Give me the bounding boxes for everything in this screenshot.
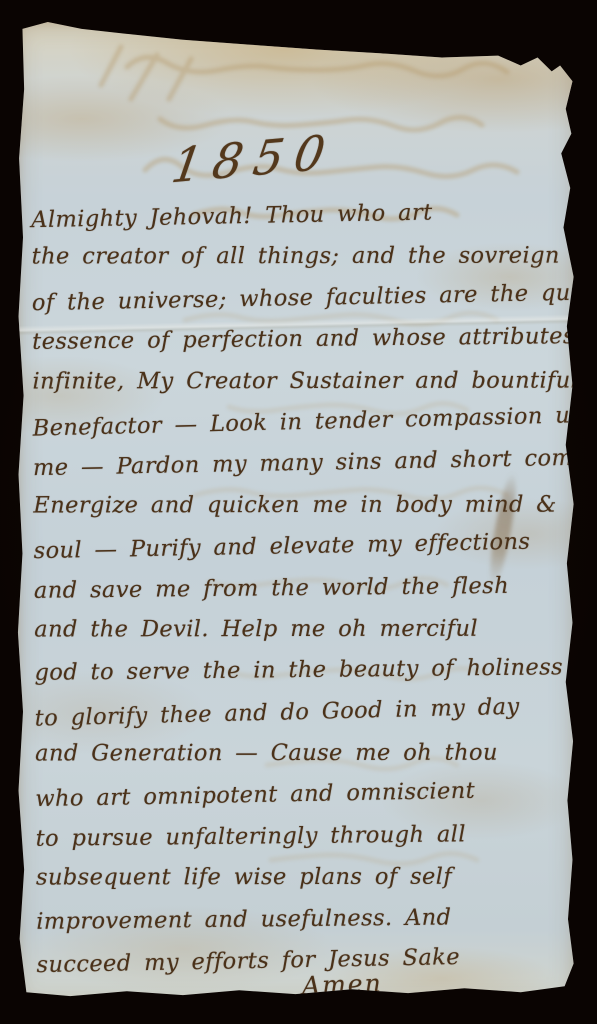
manuscript-line: and save me from the world the flesh <box>34 572 572 619</box>
manuscript-line: subsequent life wise plans of self <box>36 864 574 906</box>
photo-background: 1850 Almighty Jehovah! Thou who artthe c… <box>0 0 597 1024</box>
manuscript-line: tessence of perfection and whose attribu… <box>32 323 570 370</box>
manuscript-line: infinite, My Creator Sustainer and bount… <box>33 367 571 409</box>
prayer-text: Almighty Jehovah! Thou who artthe creato… <box>31 200 574 990</box>
manuscript-line: me — Pardon my many sins and short comin… <box>33 445 572 497</box>
closing-word: Amen <box>302 969 384 1001</box>
manuscript-line: to pursue unfalteringly through all <box>36 820 574 867</box>
manuscript-line: soul — Purify and elevate my effections <box>33 528 572 580</box>
manuscript-line: Almighty Jehovah! Thou who art <box>31 197 570 249</box>
manuscript-line: and Generation — Cause me oh thou <box>35 740 573 782</box>
manuscript-line: the creator of all things; and the sovre… <box>32 243 570 285</box>
manuscript-page: 1850 Almighty Jehovah! Thou who artthe c… <box>14 20 577 1008</box>
manuscript-line: Energize and quicken me in body mind & <box>33 491 571 533</box>
manuscript-line: and the Devil. Help me oh merciful <box>34 615 572 657</box>
year-heading: 1850 <box>168 124 340 194</box>
